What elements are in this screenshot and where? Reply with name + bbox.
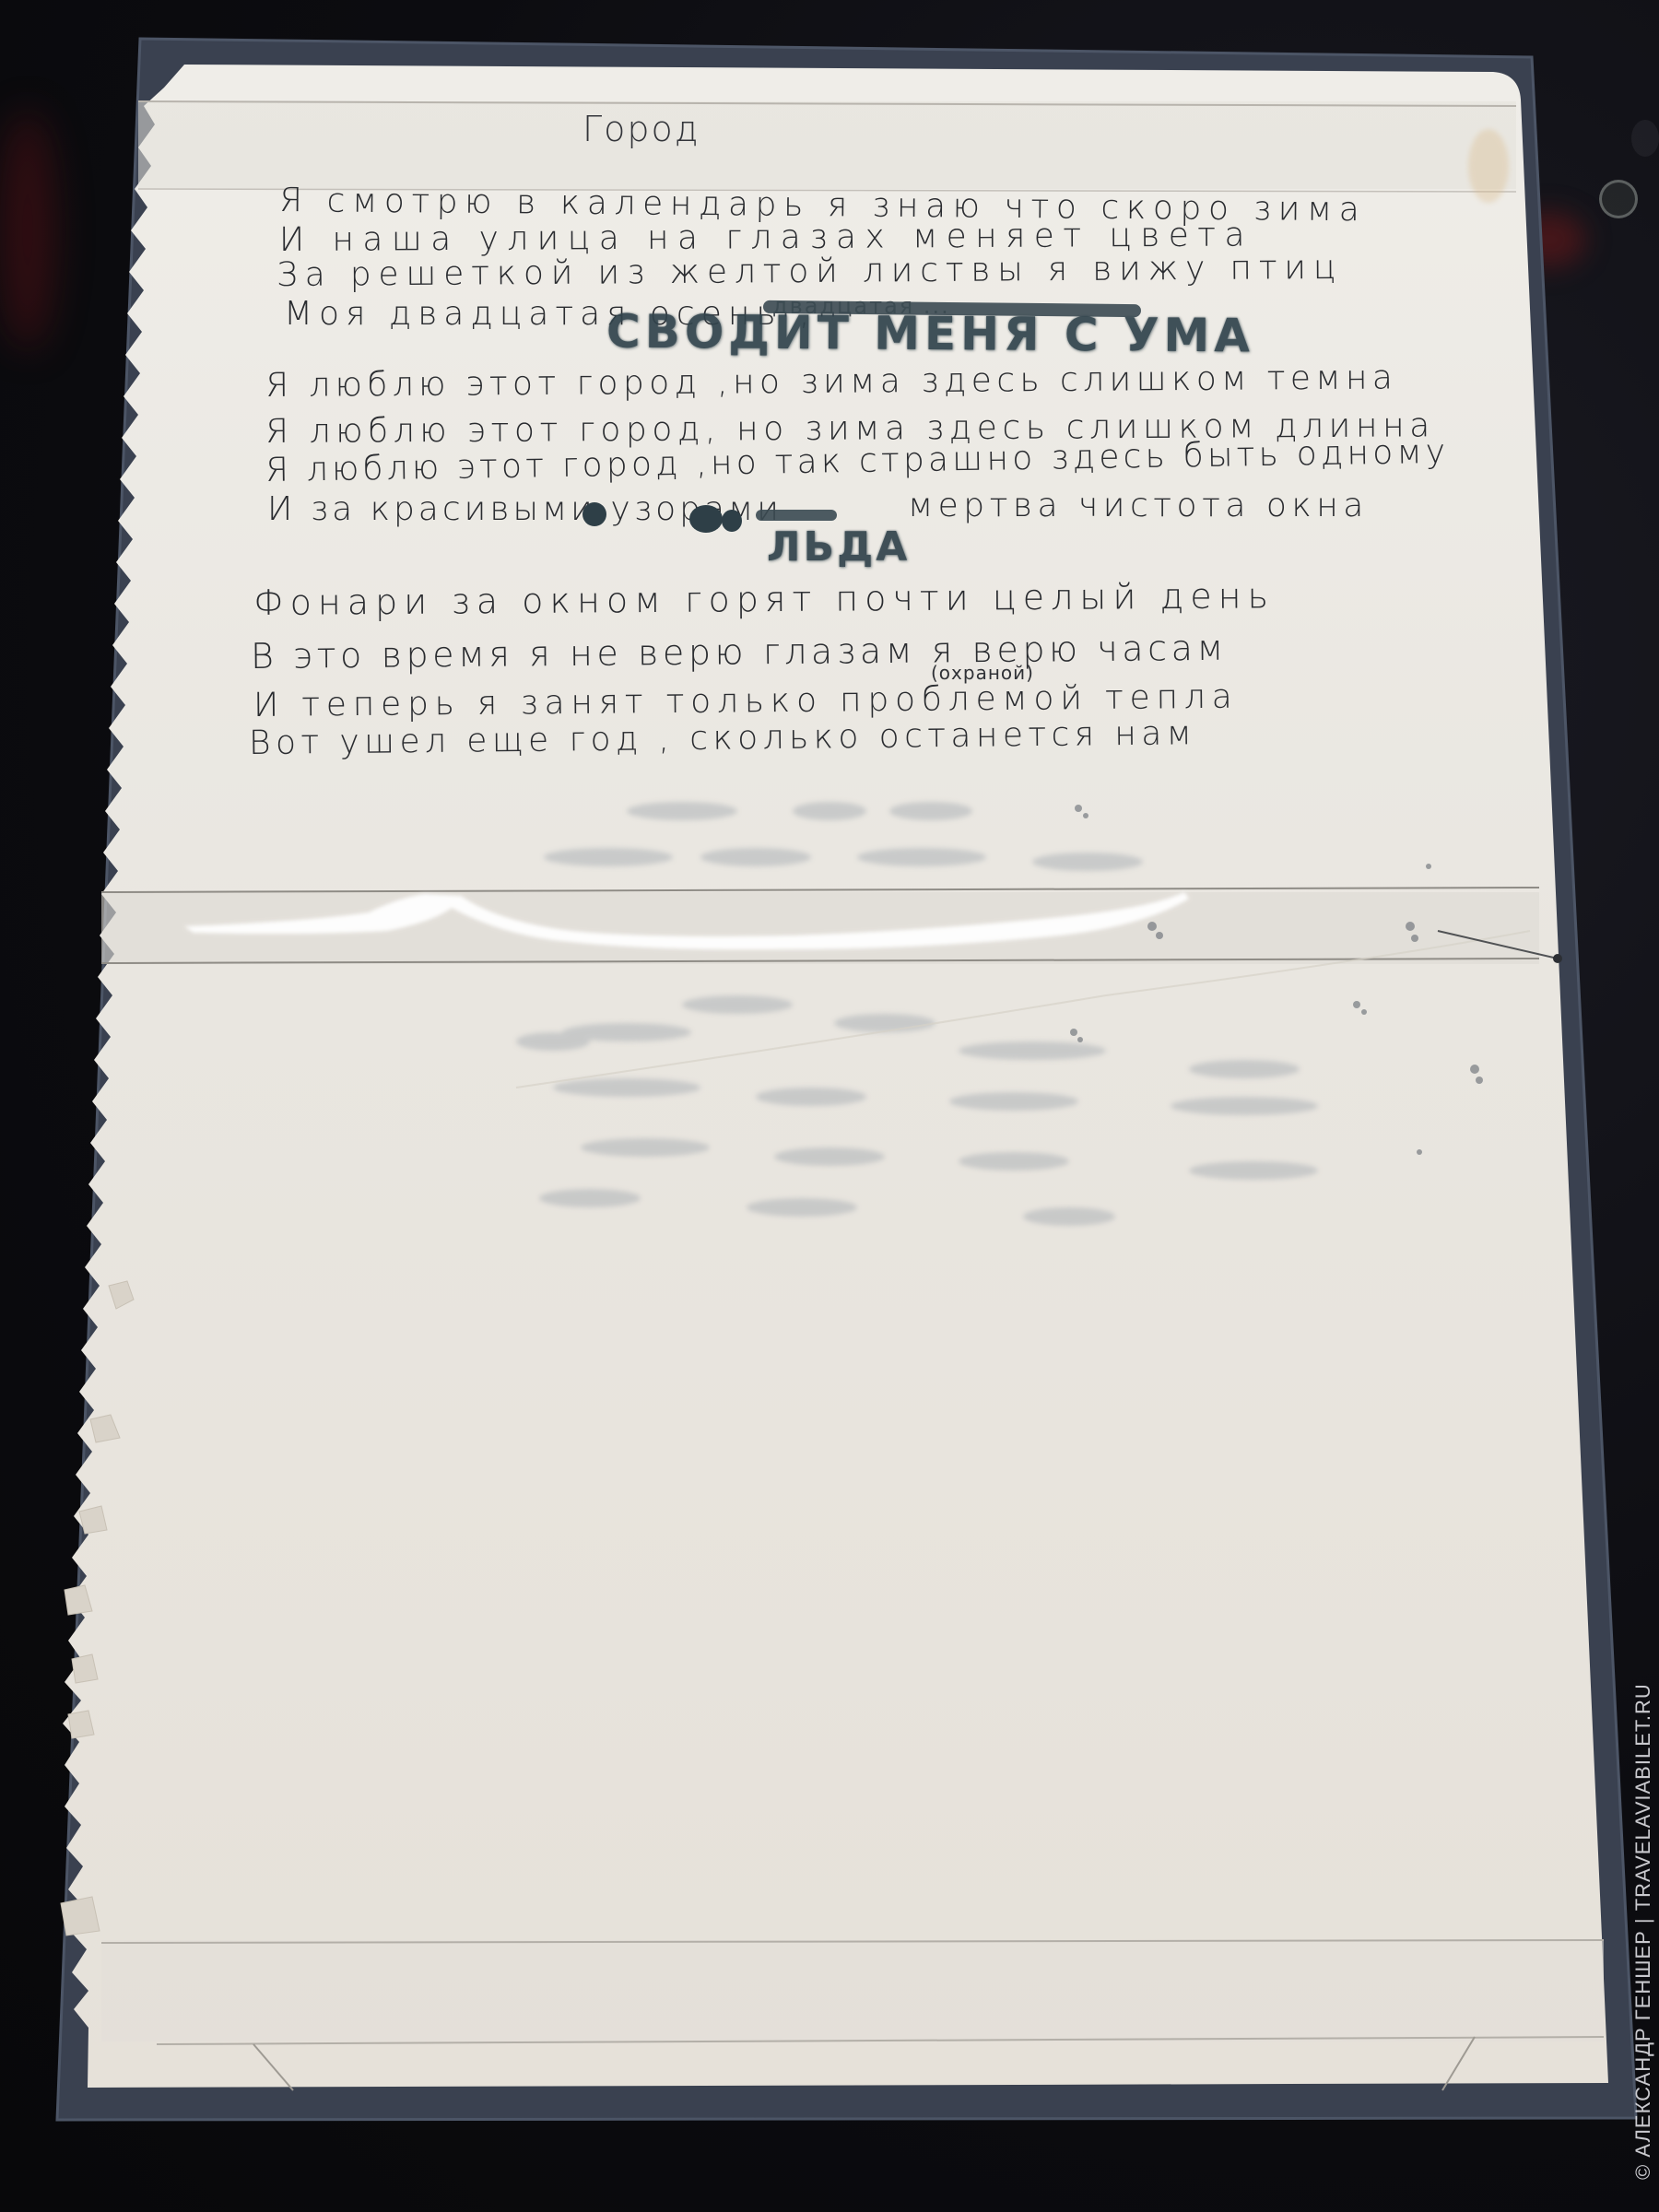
lyric-line: В это время я не верю глазам я верю часа… [251, 628, 1228, 677]
ink-blot [582, 502, 606, 526]
photo-watermark: © АЛЕКСАНДР ГЕНШЕР | TRAVELAVIABILET.RU [1631, 1683, 1655, 2180]
strike-through-mark [756, 510, 837, 521]
lyric-line: Я люблю этот город ,но зима здесь слишко… [265, 359, 1398, 405]
marker-overwrite: СВОДИТ МЕНЯ С УМА [606, 305, 1254, 363]
lyric-line: Фонари за окном горят почти целый день [253, 575, 1275, 623]
song-title: Город [582, 109, 700, 149]
ink-blot [689, 505, 723, 533]
lyric-line: За решеткой из желтой листвы я вижу птиц [276, 249, 1343, 294]
marker-overwrite: ЛЬДА [767, 524, 910, 571]
lyric-line-tail: мертва чистота окна [908, 487, 1369, 524]
ink-blot [722, 510, 742, 532]
manuscript: Город Я смотрю в календарь я знаю что ск… [0, 0, 1659, 2212]
